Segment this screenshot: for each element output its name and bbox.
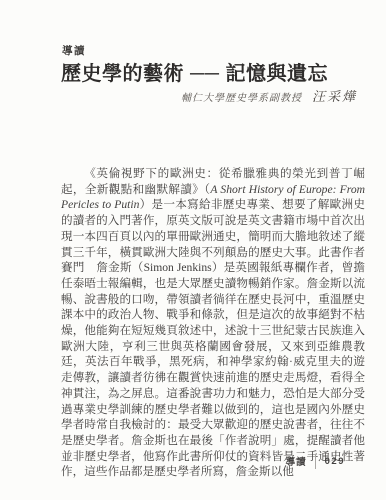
footer-section-label: 導讀 (286, 454, 307, 468)
footer-divider (315, 454, 316, 469)
body-segment-cjk: ）是英國報紙專欄作者，曾擔任泰晤士報編輯，也是大眾歷史讀物暢銷作家。詹金斯以流暢… (61, 261, 365, 478)
body-segment-latin: Simon Jenkins (144, 261, 212, 274)
footer-page-number: 029 (325, 456, 345, 467)
section-label: 導讀 (62, 43, 86, 58)
book-page: 導讀 歷史學的藝術 ── 記憶與遺忘 輔仁大學歷史學系副教授汪采燁 《英倫視野下… (0, 0, 386, 500)
body-paragraph: 《英倫視野下的歐洲史：從希臘雅典的榮光到普丁崛起，全新觀點和幽默解讀》（A Sh… (61, 166, 365, 480)
page-title: 歷史學的藝術 ── 記憶與遺忘 (61, 57, 328, 86)
author-name: 汪采燁 (312, 89, 357, 104)
page-footer: 導讀 029 (286, 452, 345, 470)
author-line: 輔仁大學歷史學系副教授汪采燁 (61, 86, 357, 106)
author-affiliation: 輔仁大學歷史學系副教授 (181, 93, 302, 104)
